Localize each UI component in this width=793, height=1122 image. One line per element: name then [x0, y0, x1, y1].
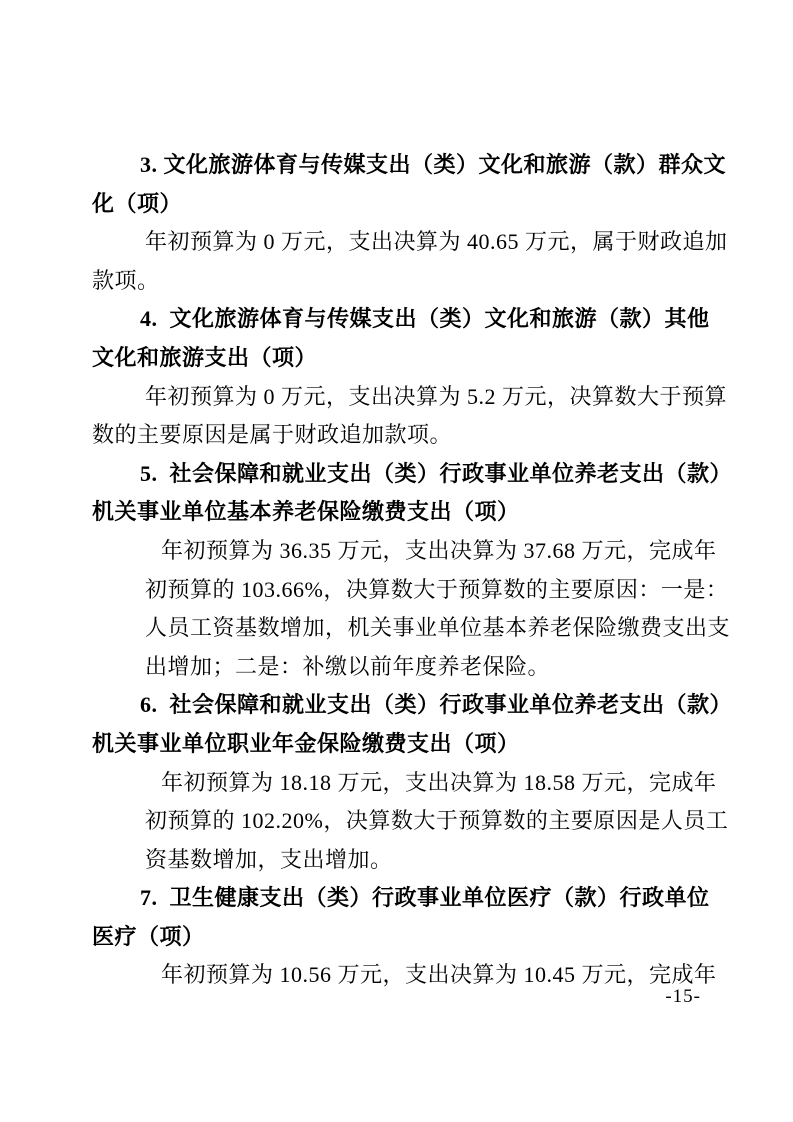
section-4-heading-line-2: 文化和旅游支出（项） — [92, 339, 708, 378]
section-7: 7. 卫生健康支出（类）行政事业单位医疗（款）行政单位 医疗（项） 年初预算为 … — [92, 879, 708, 995]
section-4: 4. 文化旅游体育与传媒支出（类）文化和旅游（款）其他 文化和旅游支出（项） 年… — [92, 300, 708, 454]
section-4-body-line-2: 数的主要原因是属于财政追加款项。 — [92, 416, 708, 455]
section-6-heading-line-1: 6. 社会保障和就业支出（类）行政事业单位养老支出（款） — [92, 686, 708, 725]
section-4-body-line-1: 年初预算为 0 万元，支出决算为 5.2 万元，决算数大于预算 — [92, 378, 708, 417]
section-7-body-line-1: 年初预算为 10.56 万元，支出决算为 10.45 万元，完成年 — [92, 956, 708, 995]
section-3-heading-line-2: 化（项） — [92, 185, 708, 224]
section-3-body-line-2: 款项。 — [92, 262, 708, 301]
section-5-body-line-4: 出增加；二是：补缴以前年度养老保险。 — [92, 648, 708, 687]
section-5-body-line-1: 年初预算为 36.35 万元，支出决算为 37.68 万元，完成年 — [92, 532, 708, 571]
section-4-heading-line-1: 4. 文化旅游体育与传媒支出（类）文化和旅游（款）其他 — [92, 300, 708, 339]
section-6-body-line-1: 年初预算为 18.18 万元，支出决算为 18.58 万元，完成年 — [92, 764, 708, 803]
section-3-heading-line-1: 3. 文化旅游体育与传媒支出（类）文化和旅游（款）群众文 — [92, 146, 708, 185]
section-6-heading-line-2: 机关事业单位职业年金保险缴费支出（项） — [92, 725, 708, 764]
section-7-heading-line-1: 7. 卫生健康支出（类）行政事业单位医疗（款）行政单位 — [92, 879, 708, 918]
section-5-body-line-2: 初预算的 103.66%，决算数大于预算数的主要原因：一是： — [92, 571, 708, 610]
section-3: 3. 文化旅游体育与传媒支出（类）文化和旅游（款）群众文 化（项） 年初预算为 … — [92, 146, 708, 300]
section-5-body-line-3: 人员工资基数增加，机关事业单位基本养老保险缴费支出支 — [92, 609, 708, 648]
section-7-heading-line-2: 医疗（项） — [92, 918, 708, 957]
document-content: 3. 文化旅游体育与传媒支出（类）文化和旅游（款）群众文 化（项） 年初预算为 … — [92, 146, 708, 995]
page-number: -15- — [665, 985, 701, 1009]
section-6: 6. 社会保障和就业支出（类）行政事业单位养老支出（款） 机关事业单位职业年金保… — [92, 686, 708, 879]
section-6-body-line-2: 初预算的 102.20%，决算数大于预算数的主要原因是人员工 — [92, 802, 708, 841]
section-5-heading-line-2: 机关事业单位基本养老保险缴费支出（项） — [92, 493, 708, 532]
document-page: 3. 文化旅游体育与传媒支出（类）文化和旅游（款）群众文 化（项） 年初预算为 … — [0, 0, 793, 1122]
section-6-body-line-3: 资基数增加，支出增加。 — [92, 841, 708, 880]
section-3-body-line-1: 年初预算为 0 万元，支出决算为 40.65 万元，属于财政追加 — [92, 223, 708, 262]
section-5: 5. 社会保障和就业支出（类）行政事业单位养老支出（款） 机关事业单位基本养老保… — [92, 455, 708, 687]
section-5-heading-line-1: 5. 社会保障和就业支出（类）行政事业单位养老支出（款） — [92, 455, 708, 494]
